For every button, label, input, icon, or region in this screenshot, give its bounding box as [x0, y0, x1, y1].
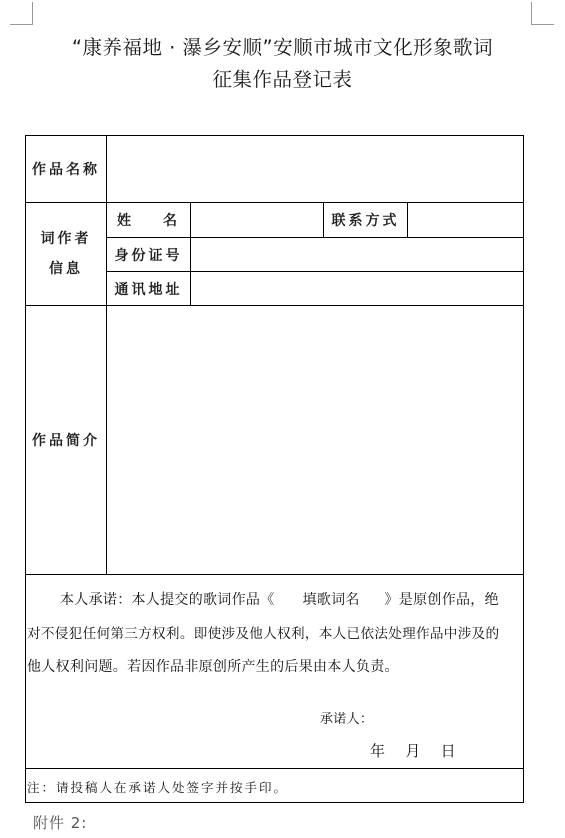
page-corner-mark-right	[531, 2, 554, 25]
work-name-field[interactable]	[107, 136, 523, 202]
row-divider	[25, 574, 524, 575]
id-number-field[interactable]	[191, 238, 523, 271]
note-text: 注：请投稿人在承诺人处签字并按手印。	[27, 778, 288, 796]
song-name-placeholder[interactable]: 填歌词名	[275, 589, 385, 609]
page-corner-mark-left	[10, 2, 33, 25]
date-month: 月	[405, 742, 420, 760]
signer-signature-field[interactable]	[375, 704, 515, 726]
contact-label: 联系方式	[324, 203, 407, 237]
address-label: 通讯地址	[107, 272, 190, 305]
signer-label: 承诺人：	[320, 708, 373, 727]
name-label-char2: 名	[163, 210, 180, 230]
name-label: 姓 名	[107, 203, 190, 237]
date-year: 年	[370, 742, 385, 760]
pledge-text-b: 》是原创作品，绝	[385, 592, 499, 608]
pledge-line1: 本人承诺：本人提交的歌词作品《填歌词名》是原创作品，绝	[60, 589, 520, 609]
author-info-label-line2: 信息	[49, 254, 83, 284]
document-title-line2: 征集作品登记表	[0, 64, 565, 92]
sign-date: 年月日	[370, 740, 456, 761]
pledge-line3: 他人权利问题。若因作品非原创所产生的后果由本人负责。	[27, 656, 399, 676]
pledge-text-a: 本人承诺：本人提交的歌词作品《	[60, 592, 275, 608]
author-info-label-line1: 词作者	[41, 224, 92, 254]
name-field[interactable]	[191, 203, 323, 237]
contact-field[interactable]	[408, 203, 523, 237]
work-intro-field[interactable]	[107, 306, 523, 574]
address-field[interactable]	[191, 272, 523, 305]
row-divider	[25, 768, 524, 769]
work-intro-label: 作品简介	[26, 306, 106, 574]
author-info-label: 词作者 信息	[26, 203, 106, 305]
work-name-label: 作品名称	[26, 136, 106, 202]
attachment-label: 附件 2:	[33, 812, 87, 833]
id-number-label: 身份证号	[107, 238, 190, 271]
document-title-line1: “康养福地 · 瀑乡安顺”安顺市城市文化形象歌词	[0, 32, 565, 60]
name-label-char1: 姓	[117, 210, 134, 230]
date-day: 日	[441, 742, 456, 760]
pledge-line2: 对不侵犯任何第三方权利。即使涉及他人权利，本人已依法处理作品中涉及的	[27, 622, 527, 642]
